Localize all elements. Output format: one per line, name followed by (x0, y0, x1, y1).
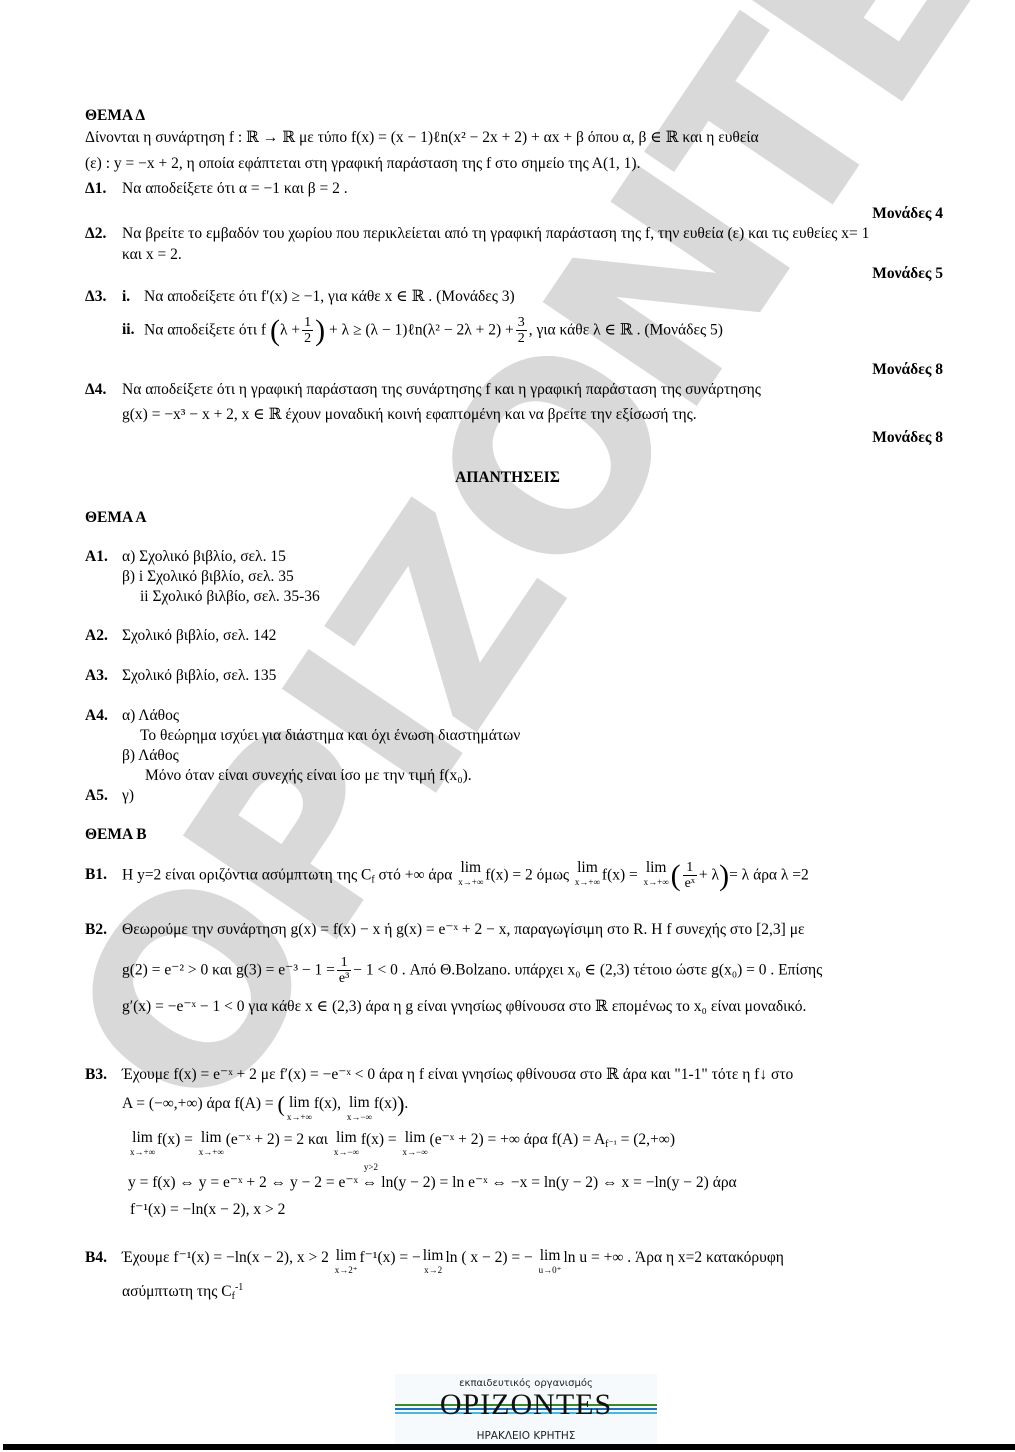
question-d4: Δ4.Να αποδείξετε ότι η γραφική παράσταση… (85, 381, 761, 399)
limit: limx→+∞ (644, 860, 669, 887)
answers-title: ΑΠΑΝΤΗΣΕΙΣ (0, 469, 1015, 487)
points-d2: Μονάδες 5 (872, 265, 943, 283)
limit: limx→−∞ (347, 1095, 372, 1122)
theme-b-title: ΘΕΜΑ Β (85, 826, 147, 844)
answer-a3: Α3.Σχολικό βιβλίο, σελ. 135 (85, 667, 276, 685)
lim-word: lim (575, 860, 600, 876)
math-expr: f(x) = (602, 866, 642, 883)
answer-b4-line2: ασύμπτωτη της Cf-1 (122, 1283, 243, 1301)
math-expr: − 1 < 0 . Από Θ.Bolzano. υπάρχει x₀ ∈ (2… (353, 961, 822, 978)
question-d3-i: Δ3.i.Να αποδείξετε ότι f′(x) ≥ −1, για κ… (85, 287, 515, 306)
answer-a4-beta-explanation: Μόνο όταν είναι συνεχής είναι ίσο με την… (145, 767, 472, 785)
limit: limu→0⁺ (539, 1248, 562, 1275)
theme-a-title: ΘΕΜΑ Α (85, 509, 147, 527)
lim-sub: x→+∞ (644, 878, 669, 887)
lim-word: lim (199, 1130, 224, 1146)
lim-sub: u→0⁺ (539, 1266, 562, 1275)
answer-label: Β2. (85, 921, 122, 939)
question-text: Να αποδείξετε ότι α = −1 και β = 2 . (122, 180, 348, 197)
limit: limx→2 (423, 1248, 444, 1275)
superscript: -1 (235, 1282, 243, 1293)
lim-word: lim (403, 1130, 428, 1146)
answer-b3-line2: Α = (−∞,+∞) άρα f(A) = (limx→+∞f(x), lim… (122, 1095, 408, 1122)
answer-label: Α4. (85, 707, 122, 725)
paren: ( (270, 314, 280, 347)
answer-text: Σχολικό βιβλίο, σελ. 142 (122, 627, 276, 644)
math-expr: λ + (280, 321, 300, 338)
math-expr: g(2) = e⁻² > 0 και g(3) = e⁻³ − 1 = (122, 961, 335, 978)
math-expr: + λ (699, 866, 719, 883)
math-expr: = λ άρα λ =2 (729, 866, 809, 883)
equiv-symbol: ⇔ (362, 1174, 378, 1191)
answer-b3: Β3.Έχουμε f(x) = e⁻ˣ + 2 με f′(x) = −e⁻ˣ… (85, 1065, 793, 1084)
answer-text: Θεωρούμε την συνάρτηση g(x) = f(x) − x ή… (122, 921, 805, 938)
paren: ) (397, 1091, 404, 1116)
paren: ) (719, 859, 729, 892)
answer-text: Σχολικό βιβλίο, σελ. 135 (122, 667, 276, 684)
denominator: eˣ (683, 876, 697, 891)
answer-b2-line3: g′(x) = −e⁻ˣ − 1 < 0 για κάθε x ∈ (2,3) … (122, 997, 806, 1016)
answer-a2: Α2.Σχολικό βιβλίο, σελ. 142 (85, 627, 276, 645)
answer-b3-line3: limx→+∞f(x) = limx→+∞(e⁻ˣ + 2) = 2 και l… (128, 1130, 675, 1157)
fraction: 12 (302, 315, 313, 347)
lim-word: lim (130, 1130, 155, 1146)
answer-b3-line4: y = f(x) ⇔ y = e⁻ˣ + 2 ⇔ y − 2 = e⁻ˣ y>2… (128, 1173, 737, 1192)
answer-text: ασύμπτωτη της C (122, 1283, 232, 1300)
subquestion-label: ii. (122, 321, 144, 339)
lim-word: lim (458, 860, 483, 876)
lim-sub: x→+∞ (130, 1148, 155, 1157)
question-text: Να αποδείξετε ότι f (144, 321, 266, 338)
watermark: ΟΡΙΖΟΝΤΕΣ (0, 0, 1015, 1452)
limit: limx→2⁺ (335, 1248, 358, 1275)
lim-word: lim (644, 860, 669, 876)
question-label: Δ3. (85, 288, 122, 306)
answer-a4-beta: β) Λάθος (122, 747, 179, 765)
answer-a1: Α1.α) Σχολικό βιβλίο, σελ. 15 (85, 548, 286, 566)
math-expr: f(x), (314, 1095, 345, 1112)
answer-b2-line2: g(2) = e⁻² > 0 και g(3) = e⁻³ − 1 =1e³− … (122, 955, 822, 987)
answer-a5: Α5.γ) (85, 787, 134, 805)
points-d4: Μονάδες 8 (872, 429, 943, 447)
paren: ( (671, 859, 681, 892)
logo-brand: OPIZONTES (395, 1390, 657, 1420)
footer-logo: εκπαιδευτικός οργανισμός OPIZONTES ΗΡΑΚΛ… (395, 1374, 657, 1444)
limit: limx→+∞ (458, 860, 483, 887)
math-expr: (e⁻ˣ + 2) = +∞ άρα f(A) = A (430, 1131, 606, 1148)
theme-d-title: ΘΕΜΑ Δ (85, 107, 145, 125)
lim-sub: x→+∞ (575, 878, 600, 887)
answer-text: α) Λάθος (122, 707, 179, 724)
numerator: 1 (337, 955, 351, 971)
lim-sub: x→+∞ (287, 1113, 312, 1122)
limit: limx→+∞ (130, 1130, 155, 1157)
question-d2-line2: και x = 2. (122, 246, 182, 264)
answer-label: Β1. (85, 866, 122, 884)
question-text: Να βρείτε το εμβαδόν του χωρίου που περι… (122, 225, 869, 242)
fraction: 1eˣ (683, 860, 697, 892)
fraction: 32 (516, 315, 527, 347)
math-expr: Α = (−∞,+∞) άρα f(A) = (122, 1095, 278, 1112)
answer-label: Α5. (85, 787, 122, 805)
paren: ) (315, 314, 325, 347)
answer-text: Έχουμε f(x) = e⁻ˣ + 2 με f′(x) = −e⁻ˣ < … (122, 1066, 793, 1083)
lim-word: lim (335, 1248, 358, 1264)
answer-label: Β4. (85, 1249, 122, 1267)
answer-a1-beta-ii: ii Σχολικό βιλβίο, σελ. 35-36 (140, 588, 320, 606)
lim-sub: x→+∞ (458, 878, 483, 887)
limit: limx→+∞ (199, 1130, 224, 1157)
question-d4-line2: g(x) = −x³ − x + 2, x ∈ ℝ έχουν μοναδική… (122, 405, 697, 424)
math-expr: ln u = +∞ . Άρα η x=2 κατακόρυφη (563, 1249, 783, 1266)
lim-sub: x→−∞ (403, 1148, 428, 1157)
math-expr: ln(y − 2) = ln e⁻ˣ ⇔ −x = ln(y − 2) ⇔ x … (377, 1174, 736, 1191)
math-expr: f⁻¹(x) = − (359, 1249, 420, 1266)
math-expr: Έχουμε f⁻¹(x) = −ln(x − 2), x > 2 (122, 1249, 333, 1266)
answer-label: Β3. (85, 1066, 122, 1084)
math-expr: + λ ≥ (λ − 1)ℓn(λ² − 2λ + 2) + (329, 321, 514, 338)
lim-word: lim (539, 1248, 562, 1264)
math-expr: (e⁻ˣ + 2) = 2 και (226, 1131, 332, 1148)
math-expr: f(x) = 2 όμως (485, 866, 573, 883)
denominator: 2 (302, 331, 313, 346)
limit: limx→−∞ (403, 1130, 428, 1157)
question-d2: Δ2.Να βρείτε το εμβαδόν του χωρίου που π… (85, 225, 869, 243)
numerator: 1 (302, 315, 313, 331)
lim-sub: x→2 (423, 1266, 444, 1275)
theme-d-intro-line1: Δίνονται η συνάρτηση f : ℝ → ℝ με τύπο f… (85, 128, 759, 147)
limit: limx→+∞ (575, 860, 600, 887)
denominator: e³ (337, 971, 351, 986)
numerator: 1 (683, 860, 697, 876)
question-d3-ii: ii.Να αποδείξετε ότι f (λ +12) + λ ≥ (λ … (122, 315, 723, 347)
answer-b3-line5: f⁻¹(x) = −ln(x − 2), x > 2 (130, 1200, 285, 1219)
answer-label: Α2. (85, 627, 122, 645)
question-text: Να αποδείξετε ότι η γραφική παράσταση τη… (122, 381, 761, 398)
question-label: Δ2. (85, 225, 122, 243)
lim-word: lim (423, 1248, 444, 1264)
answer-label: Α1. (85, 548, 122, 566)
lim-word: lim (287, 1095, 312, 1111)
bottom-rule (3, 1444, 1015, 1450)
answer-a4-alpha-explanation: Το θεώρημα ισχύει για διάστημα και όχι έ… (140, 727, 520, 745)
limit: limx→−∞ (334, 1130, 359, 1157)
paren: ( (278, 1091, 285, 1116)
lim-sub: x→+∞ (199, 1148, 224, 1157)
question-label: Δ1. (85, 180, 122, 198)
logo-location: ΗΡΑΚΛΕΙΟ ΚΡΗΤΗΣ (395, 1430, 657, 1442)
question-text: , για κάθε λ ∈ ℝ . (Μονάδες 5) (529, 321, 723, 338)
answer-a1-beta-i: β) i Σχολικό βιβλίο, σελ. 35 (122, 568, 294, 586)
math-expr: f(x) (374, 1095, 397, 1112)
conditional-equivalence: y>2⇔ (362, 1174, 378, 1192)
answer-b4: Β4.Έχουμε f⁻¹(x) = −ln(x − 2), x > 2 lim… (85, 1248, 784, 1275)
answer-text: α) Σχολικό βιβλίο, σελ. 15 (122, 548, 286, 565)
question-label: Δ4. (85, 381, 122, 399)
question-text: Να αποδείξετε ότι f′(x) ≥ −1, για κάθε x… (144, 288, 515, 305)
fraction: 1e³ (337, 955, 351, 987)
numerator: 3 (516, 315, 527, 331)
answer-b1: Β1.Η y=2 είναι οριζόντια ασύμπτωτη της C… (85, 860, 809, 892)
subquestion-label: i. (122, 288, 144, 306)
answer-a4: Α4.α) Λάθος (85, 707, 179, 725)
limit: limx→+∞ (287, 1095, 312, 1122)
denominator: 2 (516, 331, 527, 346)
answer-text: στό +∞ άρα (375, 866, 457, 883)
answer-text: Η y=2 είναι οριζόντια ασύμπτωτη της C (122, 866, 371, 883)
answer-text: γ) (122, 787, 134, 804)
lim-sub: x→−∞ (334, 1148, 359, 1157)
question-d1: Δ1.Να αποδείξετε ότι α = −1 και β = 2 . (85, 180, 348, 198)
answer-label: Α3. (85, 667, 122, 685)
math-expr: f(x) = (361, 1131, 401, 1148)
math-expr: = (2,+∞) (617, 1131, 675, 1148)
math-expr: ln ( x − 2) = − (445, 1249, 536, 1266)
theme-d-intro-line2: (ε) : y = −x + 2, η οποία εφάπτεται στη … (85, 155, 640, 173)
points-d3: Μονάδες 8 (872, 361, 943, 379)
lim-sub: x→−∞ (347, 1113, 372, 1122)
lim-sub: x→2⁺ (335, 1266, 358, 1275)
subscript: f⁻¹ (605, 1139, 617, 1150)
condition: y>2 (364, 1162, 378, 1172)
points-d1: Μονάδες 4 (872, 205, 943, 223)
lim-word: lim (334, 1130, 359, 1146)
math-expr: f(x) = (157, 1131, 197, 1148)
lim-word: lim (347, 1095, 372, 1111)
math-expr: y = f(x) ⇔ y = e⁻ˣ + 2 ⇔ y − 2 = e⁻ˣ (128, 1174, 362, 1191)
answer-b2: Β2.Θεωρούμε την συνάρτηση g(x) = f(x) − … (85, 920, 805, 939)
